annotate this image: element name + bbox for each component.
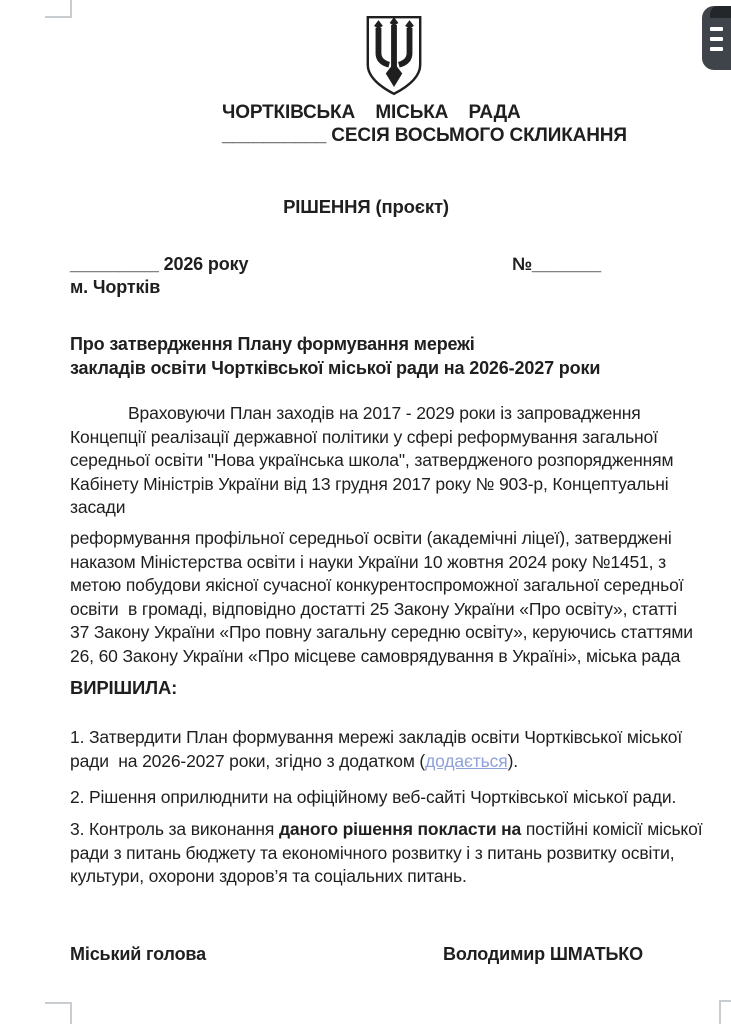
preamble-paragraph-2: реформування профільної середньої освіти…: [70, 527, 725, 668]
item3-text: 3. Контроль за виконання: [70, 819, 279, 839]
ukraine-trident-emblem-icon: [361, 14, 427, 98]
document-page: ЧОРТКІВСЬКА МІСЬКА РАДА __________ СЕСІЯ…: [0, 0, 731, 1024]
date-blank-line: _________ 2026 року: [70, 253, 248, 277]
attachment-link[interactable]: додається: [425, 751, 507, 771]
page-corner-mark: [45, 16, 72, 18]
signature-position: Міський голова: [70, 943, 206, 967]
document-type-title: РІШЕННЯ (проєкт): [70, 195, 662, 219]
item1-text: 1. Затвердити План формування мережі зак…: [70, 727, 682, 771]
item3-bold-text: даного рішення покласти на: [279, 819, 521, 839]
item1-text-end: ).: [508, 751, 518, 771]
resolution-item-1: 1. Затвердити План формування мережі зак…: [70, 725, 725, 773]
menu-button-cap: [710, 6, 731, 18]
page-corner-mark: [70, 1002, 72, 1024]
subject-heading: Про затвердження Плану формування мережі…: [70, 332, 725, 380]
signature-name: Володимир ШМАТЬКО: [443, 943, 643, 967]
session-line: __________ СЕСІЯ ВОСЬМОГО СКЛИКАННЯ: [222, 124, 627, 147]
place-line: м. Чортків: [70, 276, 160, 300]
page-corner-mark: [45, 1002, 72, 1004]
resolution-item-3: 3. Контроль за виконання даного рішення …: [70, 818, 725, 889]
council-name: ЧОРТКІВСЬКА МІСЬКА РАДА: [222, 101, 521, 124]
menu-button[interactable]: [702, 6, 731, 70]
preamble-paragraph-1: Враховуючи План заходів на 2017 - 2029 р…: [70, 402, 725, 520]
number-blank-line: №_______: [512, 253, 601, 277]
resolved-label: ВИРІШИЛА:: [70, 676, 177, 700]
resolution-item-2: 2. Рішення оприлюднити на офіційному веб…: [70, 786, 725, 810]
page-corner-mark: [719, 1000, 721, 1024]
page-corner-mark: [70, 0, 72, 17]
